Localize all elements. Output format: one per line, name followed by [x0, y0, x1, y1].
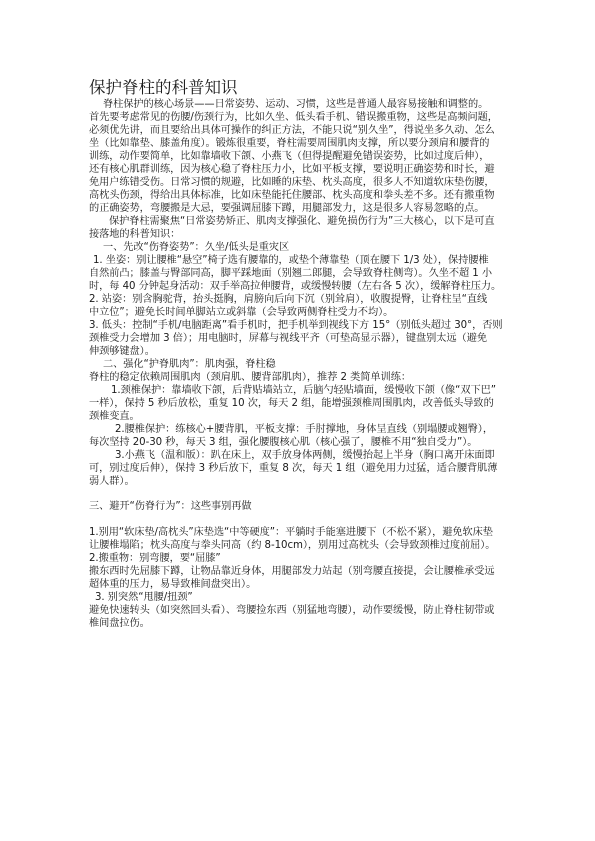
- text-line: 接落地的科普知识：: [89, 228, 180, 241]
- text-line: 中立位”；避免长时间单脚站立或斜靠（会导致两侧脊柱受力不均）。: [89, 306, 393, 319]
- text-line: 免用户练错受伤。日常习惯的规避，比如睡的床垫、枕头高度，很多人不知道软床垫伤腰，: [89, 176, 495, 189]
- text-line: 伸颈够键盘）。: [89, 345, 155, 358]
- text-line: 还有核心肌群训练，因为核心稳了脊柱压力小，比如平板支撑，要说明正确姿势和时长，避: [89, 163, 495, 176]
- text-line: 1. 坐姿：别让腰椎“悬空”椅子选有腰靠的，或垫个薄靠垫（顶在腰下 1/3 处）…: [93, 254, 489, 267]
- text-line: 1.颈椎保护：靠墙收下颌，后背贴墙站立，后脑勺轻贴墙面，缓慢收下颌（像“双下巴”: [111, 384, 496, 397]
- text-line: 1.别用“软床垫/高枕头”床垫选“中等硬度”：平躺时手能塞进腰下（不松不紧），避…: [89, 526, 493, 539]
- text-line: 3. 别突然“甩腰/扭颈”: [95, 591, 193, 604]
- text-line: 的正确姿势，弯腰搬是大忌，要强调屈膝下蹲，用腿部发力，这是很多人容易忽略的点。: [89, 202, 484, 215]
- text-line: 坐（比如靠垫、膝盖角度）。锻炼很重要，脊柱需要周围肌肉支撑，所以要分颈肩和腰背的: [89, 137, 489, 150]
- text-line: 让腰椎塌陷；枕头高度与拳头同高（约 8-10cm），别用过高枕头（会导致颈椎过度…: [89, 539, 495, 552]
- text-line: 每次坚持 20-30 秒，每天 3 组，强化腰腹核心肌（核心强了，腰椎不用“独自…: [89, 436, 477, 449]
- text-line: 2.搬重物：别弯腰，要“屈膝”: [89, 552, 221, 565]
- document-title: 保护脊柱的科普知识: [89, 78, 238, 98]
- text-line: 脊柱的稳定依赖周围肌肉（颈肩肌、腰背部肌肉），推荐 2 类简单训练：: [89, 371, 411, 384]
- text-line: 保护脊柱需聚焦“日常姿势矫正、肌肉支撑强化、避免损伤行为”三大核心，以下是可直: [109, 215, 495, 228]
- text-line: 首先要考虑常见的伤腰/伤颈行为，比如久坐、低头看手机、错误搬重物，这些是高频问题…: [89, 111, 498, 124]
- text-line: 自然前凸；膝盖与臀部同高，脚平踩地面（别翘二郎腿，会导致脊柱侧弯）。久坐不超 1…: [89, 267, 492, 280]
- text-line: 椎间盘拉伤。: [89, 617, 150, 630]
- text-line: 训练，动作要简单，比如靠墙收下颌、小燕飞（但得提醒避免错误姿势，比如过度后伸），: [89, 150, 489, 163]
- text-line: 颈椎变直。: [89, 410, 140, 423]
- text-line: 一样），保持 5 秒后放松，重复 10 次，每天 2 组，能增强颈椎周围肌肉，改…: [89, 397, 494, 410]
- text-line: 二、强化“护脊肌肉”：肌肉强，脊柱稳: [103, 358, 276, 371]
- text-line: 三、避开“伤脊行为”：这些事别再做: [89, 500, 252, 513]
- text-line: 必须优先讲，而且要给出具体可操作的纠正方法，不能只说“别久坐”，得说坐多久动、怎…: [89, 124, 495, 137]
- text-line: 搬东西时先屈膝下蹲，让物品靠近身体，用腿部发力站起（别弯腰直接提，会让腰椎承受远: [89, 565, 495, 578]
- text-line: 高枕头伤颈，得给出具体标准，比如床垫能托住腰部、枕头高度和拳头差不多。还有搬重物: [89, 189, 495, 202]
- text-line: 2.腰椎保护：练核心+腰背肌，平板支撑：手肘撑地，身体呈直线（别塌腰或翘臀），: [115, 423, 493, 436]
- text-line: 3.小燕飞（温和版）：趴在床上，双手放身体两侧，缓慢抬起上半身（胸口离开床面即: [115, 449, 495, 462]
- text-line: 时，每 40 分钟起身活动：双手举高拉伸腰背，或缓慢转腰（左右各 5 次），缓解…: [89, 280, 501, 293]
- text-line: 可，别过度后伸），保持 3 秒后放下，重复 8 次，每天 1 组（避免用力过猛，…: [89, 462, 497, 475]
- text-line: 弱人群）。: [89, 475, 135, 488]
- text-line: 脊柱保护的核心场景——日常姿势、运动、习惯，这些是普通人最容易接触和调整的。: [103, 98, 488, 111]
- text-line: 超体重的压力，易导致椎间盘突出）。: [89, 578, 256, 591]
- text-line: 3. 低头：控制“手机/电脑距离”看手机时，把手机举到视线下方 15°（别低头超…: [89, 319, 503, 332]
- text-line: 一、先改“伤脊姿势”：久坐/低头是重灾区: [103, 241, 289, 254]
- text-line: 颈椎受力会增加 3 倍）；用电脑时，屏幕与视线平齐（可垫高显示器），键盘别太远（…: [89, 332, 487, 345]
- text-line: 2. 站姿：别含胸驼背，抬头挺胸，肩膀向后向下沉（别耸肩），收腹提臀，让脊柱呈“…: [89, 293, 487, 306]
- text-line: 避免快速转头（如突然回头看）、弯腰捡东西（别猛地弯腰），动作要缓慢，防止脊柱韧带…: [89, 604, 494, 617]
